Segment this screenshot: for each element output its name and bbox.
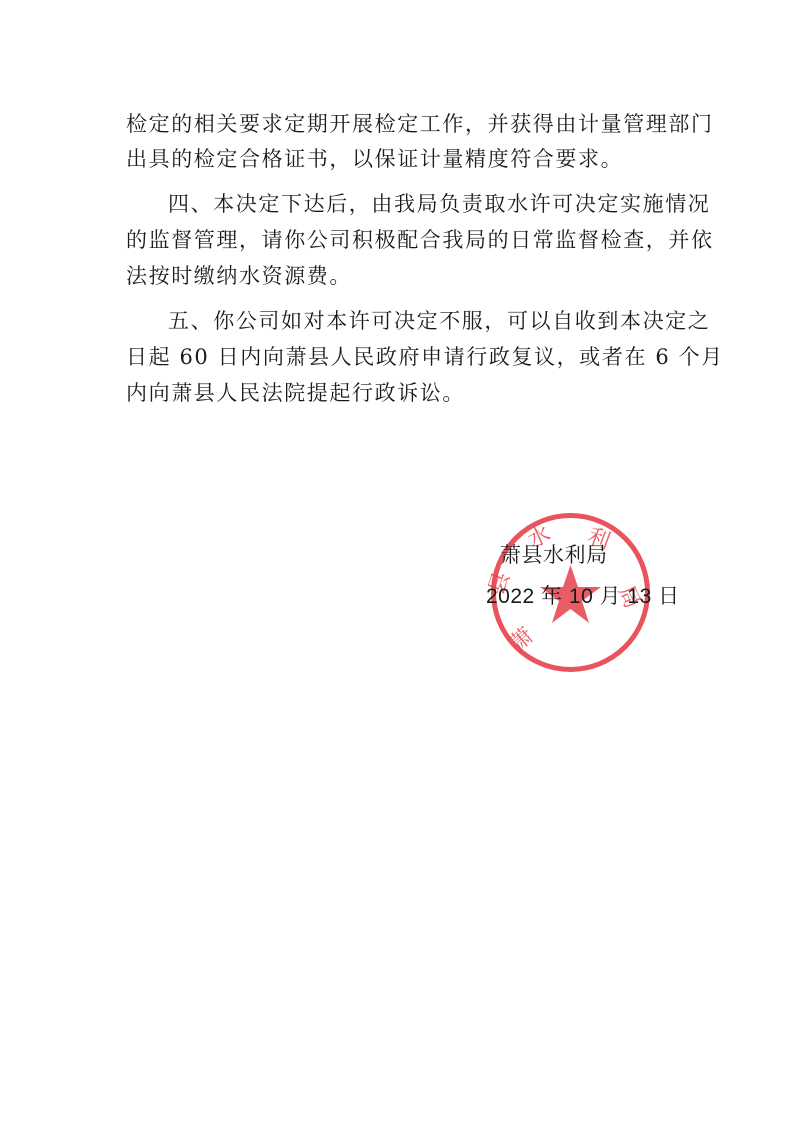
paragraph-five-line: 内向萧县人民法院提起行政诉讼。 [126,378,465,408]
paragraph-line: 检定的相关要求定期开展检定工作，并获得由计量管理部门 [126,109,714,139]
paragraph-four-line: 法按时缴纳水资源费。 [126,261,352,291]
paragraph-five-line: 五、你公司如对本许可决定不服，可以自收到本决定之 [168,306,710,336]
issuer-name: 萧县水利局 [500,540,608,570]
issue-date: 2022 年 10 月 13 日 [486,582,680,612]
paragraph-line: 出具的检定合格证书，以保证计量精度符合要求。 [126,144,623,174]
document-page: 检定的相关要求定期开展检定工作，并获得由计量管理部门 出具的检定合格证书，以保证… [0,0,793,1121]
paragraph-five-line: 日起 60 日内向萧县人民政府申请行政复议，或者在 6 个月 [126,342,724,372]
svg-text:萧: 萧 [506,623,539,656]
paragraph-four-line: 的监督管理，请你公司积极配合我局的日常监督检查，并依 [126,225,714,255]
paragraph-four-line: 四、本决定下达后，由我局负责取水许可决定实施情况 [168,189,710,219]
